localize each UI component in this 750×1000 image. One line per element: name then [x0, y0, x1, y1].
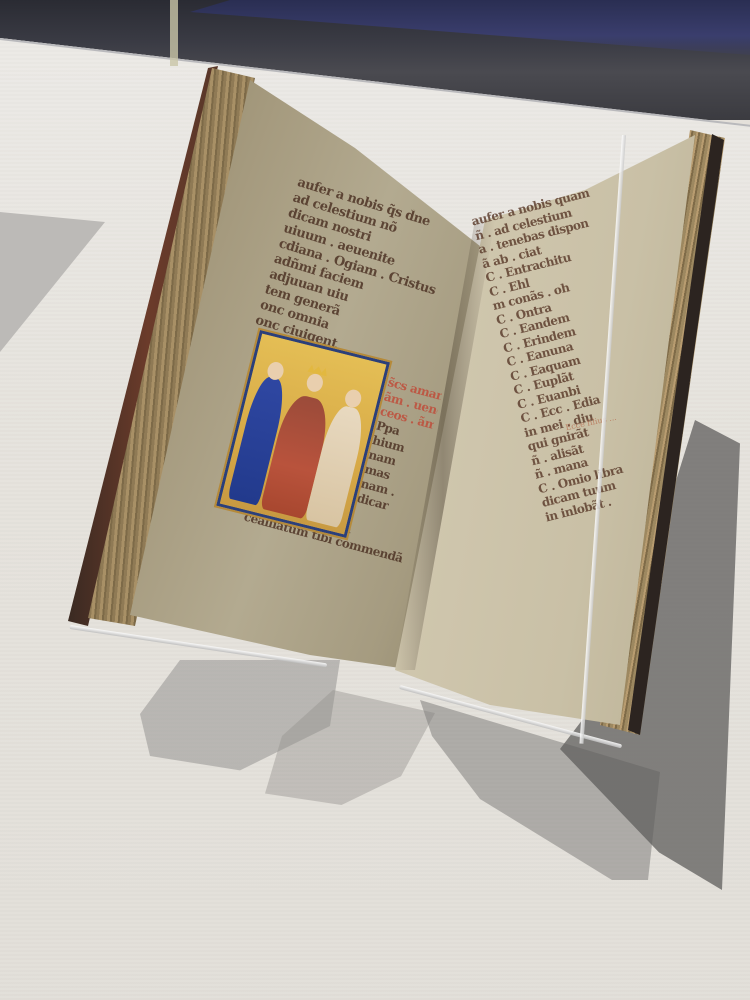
museum-display-scene: aufer a nobis q̃s d̃ne ad celestium nõ d…: [0, 0, 750, 1000]
manuscript-book: aufer a nobis q̃s d̃ne ad celestium nõ d…: [0, 0, 750, 1000]
